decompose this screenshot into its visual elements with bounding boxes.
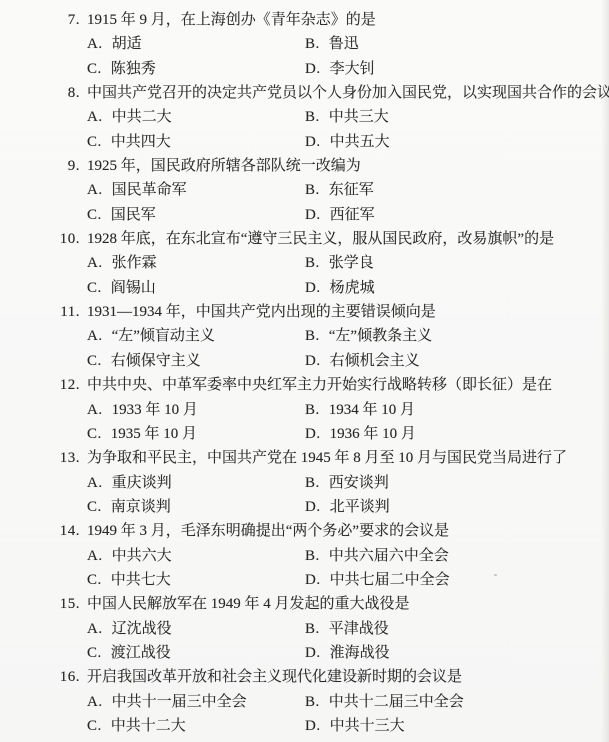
option-b: B.中共六届六中全会 <box>305 544 449 568</box>
question-stem: 开启我国改革开放和社会主义现代化建设新时期的会议是 <box>87 669 462 685</box>
question-number: 16. <box>0 665 80 689</box>
question: 13.为争取和平民主，中国共产党在 1945 年 8 月至 10 月与国民党当局… <box>0 446 609 519</box>
option-letter: B. <box>305 324 320 348</box>
option-letter: C. <box>87 130 102 154</box>
option-letter: B. <box>305 398 320 422</box>
option-row-cd: C.阎锡山 D.杨虎城 <box>0 276 609 300</box>
option-b: B.张学良 <box>305 251 374 275</box>
option-row-cd: C.1935 年 10 月 D.1936 年 10 月 <box>0 422 609 446</box>
option-text: 1933 年 10 月 <box>112 402 198 418</box>
option-letter: B. <box>305 251 320 275</box>
option-text: 鲁迅 <box>329 36 359 52</box>
option-a: A.中共十一届三中全会 <box>87 690 305 714</box>
option-b: B.中共三大 <box>305 105 389 129</box>
option-letter: A. <box>87 251 103 275</box>
option-b: B.“左”倾教条主义 <box>305 324 432 348</box>
option-text: 胡适 <box>112 36 142 52</box>
option-row-ab: A.辽沈战役 B.平津战役 <box>0 617 609 641</box>
question-stem: 中国人民解放军在 1949 年 4 月发起的重大战役是 <box>87 596 410 612</box>
option-a: A.张作霖 <box>87 251 305 275</box>
question-number: 9. <box>0 154 80 178</box>
option-d: D.1936 年 10 月 <box>305 422 416 446</box>
option-row-cd: C.国民军 D.西征军 <box>0 203 609 227</box>
option-text: 阎锡山 <box>111 280 156 296</box>
option-c: C.阎锡山 <box>87 276 305 300</box>
option-text: 中共十二大 <box>111 718 186 734</box>
question: 11.1931—1934 年，中国共产党内出现的主要错误倾向是 A.“左”倾盲动… <box>0 300 609 373</box>
option-text: 中共六届六中全会 <box>329 548 449 564</box>
option-c: C.右倾保守主义 <box>87 349 305 373</box>
question: 15.中国人民解放军在 1949 年 4 月发起的重大战役是 A.辽沈战役 B.… <box>0 592 609 665</box>
question-number: 12. <box>0 373 80 397</box>
option-text: 中共七大 <box>111 572 171 588</box>
option-d: D.中共五大 <box>305 130 390 154</box>
question: 16.开启我国改革开放和社会主义现代化建设新时期的会议是 A.中共十一届三中全会… <box>0 665 609 738</box>
option-letter: B. <box>305 178 320 202</box>
option-letter: D. <box>305 495 321 519</box>
question-stem: 为争取和平民主，中国共产党在 1945 年 8 月至 10 月与国民党当局进行了 <box>87 450 567 466</box>
question-stem-row: 8.中国共产党召开的决定共产党员以个人身份加入国民党，以实现国共合作的会议是 <box>0 81 609 105</box>
option-d: D.西征军 <box>305 203 375 227</box>
option-text: 中共四大 <box>111 134 171 150</box>
option-text: 北平谈判 <box>330 499 390 515</box>
option-text: 中共十一届三中全会 <box>112 694 247 710</box>
option-text: 1934 年 10 月 <box>329 402 415 418</box>
option-text: 南京谈判 <box>111 499 171 515</box>
option-text: 杨虎城 <box>330 280 375 296</box>
option-d: D.中共十三大 <box>305 714 405 738</box>
option-text: 中共七届二中全会 <box>330 572 450 588</box>
option-d: D.中共七届二中全会 <box>305 568 450 592</box>
option-c: C.渡江战役 <box>87 641 305 665</box>
option-row-ab: A.张作霖 B.张学良 <box>0 251 609 275</box>
option-letter: D. <box>305 349 321 373</box>
option-letter: B. <box>305 690 320 714</box>
option-c: C.1935 年 10 月 <box>87 422 305 446</box>
question: 9.1925 年，国民政府所辖各部队统一改编为 A.国民革命军 B.东征军 C.… <box>0 154 609 227</box>
option-row-ab: A.中共十一届三中全会 B.中共十二届三中全会 <box>0 690 609 714</box>
option-c: C.中共四大 <box>87 130 305 154</box>
option-a: A.“左”倾盲动主义 <box>87 324 305 348</box>
option-text: 张学良 <box>329 255 374 271</box>
option-c: C.南京谈判 <box>87 495 305 519</box>
option-row-ab: A.重庆谈判 B.西安谈判 <box>0 471 609 495</box>
question: 12.中共中央、中革军委率中央红军主力开始实行战略转移（即长征）是在 A.193… <box>0 373 609 446</box>
option-letter: A. <box>87 178 103 202</box>
question-stem: 1928 年底，在东北宣布“遵守三民主义，服从国民政府，改易旗帜”的是 <box>87 231 554 247</box>
option-row-cd: C.中共七大 D.中共七届二中全会 <box>0 568 609 592</box>
option-text: 中共六大 <box>112 548 172 564</box>
option-letter: C. <box>87 568 102 592</box>
option-b: B.西安谈判 <box>305 471 389 495</box>
option-text: 西安谈判 <box>329 475 389 491</box>
option-text: 1935 年 10 月 <box>111 426 197 442</box>
question-number: 15. <box>0 592 80 616</box>
option-row-cd: C.南京谈判 D.北平谈判 <box>0 495 609 519</box>
option-text: 中共五大 <box>330 134 390 150</box>
option-row-ab: A.1933 年 10 月 B.1934 年 10 月 <box>0 398 609 422</box>
option-text: 渡江战役 <box>111 645 171 661</box>
question-stem-row: 13.为争取和平民主，中国共产党在 1945 年 8 月至 10 月与国民党当局… <box>0 446 609 470</box>
option-letter: D. <box>305 203 321 227</box>
question-number: 11. <box>0 300 80 324</box>
option-text: 张作霖 <box>112 255 157 271</box>
option-letter: A. <box>87 544 103 568</box>
option-letter: D. <box>305 422 321 446</box>
option-a: A.1933 年 10 月 <box>87 398 305 422</box>
question-list: 7.1915 年 9 月，在上海创办《青年杂志》的是 A.胡适 B.鲁迅 C.陈… <box>0 8 609 738</box>
option-letter: C. <box>87 203 102 227</box>
question-stem: 1949 年 3 月，毛泽东明确提出“两个务必”要求的会议是 <box>87 523 449 539</box>
option-letter: B. <box>305 32 320 56</box>
question-stem-row: 15.中国人民解放军在 1949 年 4 月发起的重大战役是 <box>0 592 609 616</box>
option-letter: C. <box>87 276 102 300</box>
question-stem-row: 12.中共中央、中革军委率中央红军主力开始实行战略转移（即长征）是在 <box>0 373 609 397</box>
question-number: 7. <box>0 8 80 32</box>
option-letter: C. <box>87 349 102 373</box>
option-row-cd: C.右倾保守主义 D.右倾机会主义 <box>0 349 609 373</box>
option-d: D.杨虎城 <box>305 276 375 300</box>
option-a: A.胡适 <box>87 32 305 56</box>
option-text: 中共十二届三中全会 <box>329 694 464 710</box>
option-text: 右倾保守主义 <box>111 353 201 369</box>
option-letter: A. <box>87 324 103 348</box>
question-number: 13. <box>0 446 80 470</box>
question: 14.1949 年 3 月，毛泽东明确提出“两个务必”要求的会议是 A.中共六大… <box>0 519 609 592</box>
option-a: A.重庆谈判 <box>87 471 305 495</box>
option-letter: A. <box>87 690 103 714</box>
question-stem-row: 10.1928 年底，在东北宣布“遵守三民主义，服从国民政府，改易旗帜”的是 <box>0 227 609 251</box>
option-c: C.中共七大 <box>87 568 305 592</box>
option-text: 国民军 <box>111 207 156 223</box>
option-d: D.北平谈判 <box>305 495 390 519</box>
option-text: 陈独秀 <box>111 61 156 77</box>
option-text: 东征军 <box>329 182 374 198</box>
option-letter: A. <box>87 398 103 422</box>
option-text: 右倾机会主义 <box>330 353 420 369</box>
option-text: 国民革命军 <box>112 182 187 198</box>
option-c: C.中共十二大 <box>87 714 305 738</box>
question-stem: 1931—1934 年，中国共产党内出现的主要错误倾向是 <box>87 304 436 320</box>
option-letter: C. <box>87 422 102 446</box>
option-text: “左”倾盲动主义 <box>112 328 215 344</box>
question-number: 8. <box>0 81 80 105</box>
question: 8.中国共产党召开的决定共产党员以个人身份加入国民党，以实现国共合作的会议是 A… <box>0 81 609 154</box>
option-row-ab: A.中共二大 B.中共三大 <box>0 105 609 129</box>
question-stem-row: 16.开启我国改革开放和社会主义现代化建设新时期的会议是 <box>0 665 609 689</box>
question: 7.1915 年 9 月，在上海创办《青年杂志》的是 A.胡适 B.鲁迅 C.陈… <box>0 8 609 81</box>
question-number: 14. <box>0 519 80 543</box>
option-d: D.李大钊 <box>305 57 375 81</box>
option-b: B.中共十二届三中全会 <box>305 690 464 714</box>
option-d: D.右倾机会主义 <box>305 349 420 373</box>
scan-speck <box>494 574 497 576</box>
option-row-ab: A.国民革命军 B.东征军 <box>0 178 609 202</box>
option-letter: D. <box>305 641 321 665</box>
option-text: 平津战役 <box>329 621 389 637</box>
option-text: 李大钊 <box>330 61 375 77</box>
option-row-ab: A.“左”倾盲动主义 B.“左”倾教条主义 <box>0 324 609 348</box>
option-letter: B. <box>305 544 320 568</box>
option-letter: A. <box>87 105 103 129</box>
option-text: 中共二大 <box>112 109 172 125</box>
option-text: 重庆谈判 <box>112 475 172 491</box>
option-c: C.国民军 <box>87 203 305 227</box>
option-letter: D. <box>305 276 321 300</box>
option-b: B.1934 年 10 月 <box>305 398 415 422</box>
question-stem: 1915 年 9 月，在上海创办《青年杂志》的是 <box>87 12 376 28</box>
option-letter: C. <box>87 57 102 81</box>
question-stem: 1925 年，国民政府所辖各部队统一改编为 <box>87 158 361 174</box>
question-stem-row: 9.1925 年，国民政府所辖各部队统一改编为 <box>0 154 609 178</box>
option-text: “左”倾教条主义 <box>329 328 432 344</box>
option-letter: B. <box>305 617 320 641</box>
question-number: 10. <box>0 227 80 251</box>
option-b: B.平津战役 <box>305 617 389 641</box>
option-text: 淮海战役 <box>330 645 390 661</box>
option-row-cd: C.陈独秀 D.李大钊 <box>0 57 609 81</box>
question-stem: 中国共产党召开的决定共产党员以个人身份加入国民党，以实现国共合作的会议是 <box>87 85 609 101</box>
option-letter: D. <box>305 130 321 154</box>
option-letter: A. <box>87 617 103 641</box>
option-letter: D. <box>305 714 321 738</box>
option-a: A.中共六大 <box>87 544 305 568</box>
option-text: 中共三大 <box>329 109 389 125</box>
option-text: 1936 年 10 月 <box>330 426 416 442</box>
exam-page: 7.1915 年 9 月，在上海创办《青年杂志》的是 A.胡适 B.鲁迅 C.陈… <box>0 0 609 742</box>
option-text: 西征军 <box>330 207 375 223</box>
option-letter: D. <box>305 57 321 81</box>
question-stem-row: 7.1915 年 9 月，在上海创办《青年杂志》的是 <box>0 8 609 32</box>
option-letter: A. <box>87 32 103 56</box>
question-stem-row: 14.1949 年 3 月，毛泽东明确提出“两个务必”要求的会议是 <box>0 519 609 543</box>
option-row-cd: C.中共四大 D.中共五大 <box>0 130 609 154</box>
option-letter: C. <box>87 641 102 665</box>
option-text: 辽沈战役 <box>112 621 172 637</box>
option-letter: B. <box>305 471 320 495</box>
option-letter: C. <box>87 495 102 519</box>
option-letter: D. <box>305 568 321 592</box>
option-a: A.国民革命军 <box>87 178 305 202</box>
option-letter: A. <box>87 471 103 495</box>
option-row-cd: C.渡江战役 D.淮海战役 <box>0 641 609 665</box>
option-b: B.鲁迅 <box>305 32 359 56</box>
option-text: 中共十三大 <box>330 718 405 734</box>
option-row-ab: A.中共六大 B.中共六届六中全会 <box>0 544 609 568</box>
option-d: D.淮海战役 <box>305 641 390 665</box>
option-letter: B. <box>305 105 320 129</box>
option-a: A.辽沈战役 <box>87 617 305 641</box>
question-stem-row: 11.1931—1934 年，中国共产党内出现的主要错误倾向是 <box>0 300 609 324</box>
option-row-cd: C.中共十二大 D.中共十三大 <box>0 714 609 738</box>
option-c: C.陈独秀 <box>87 57 305 81</box>
option-letter: C. <box>87 714 102 738</box>
option-b: B.东征军 <box>305 178 374 202</box>
option-a: A.中共二大 <box>87 105 305 129</box>
question-stem: 中共中央、中革军委率中央红军主力开始实行战略转移（即长征）是在 <box>87 377 552 393</box>
option-row-ab: A.胡适 B.鲁迅 <box>0 32 609 56</box>
question: 10.1928 年底，在东北宣布“遵守三民主义，服从国民政府，改易旗帜”的是 A… <box>0 227 609 300</box>
